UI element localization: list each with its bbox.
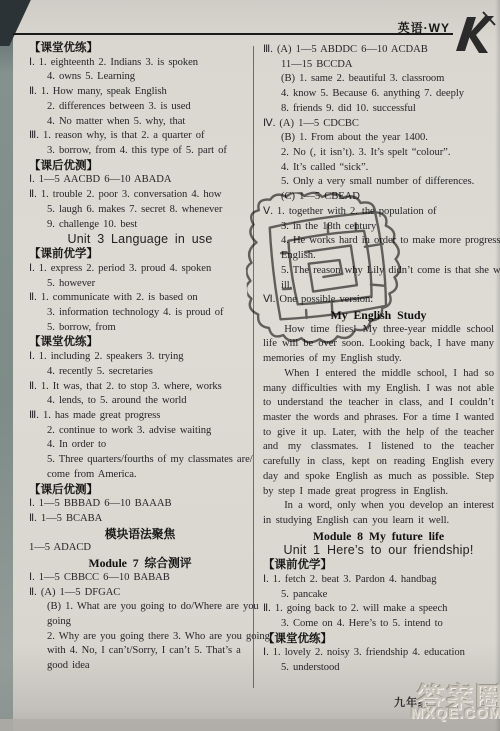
answer-line: Ⅰ. 1. including 2. speakers 3. trying [29,350,251,365]
answer-line: Ⅳ. (A) 1—5 CDCBC [263,117,494,132]
header-rule [13,33,453,35]
column-divider [253,46,254,688]
answer-line: Ⅰ. 1—5 CBBCC 6—10 BABAB [29,571,251,586]
answer-line: (B) 1. From about the year 1400. [263,131,494,146]
answer-line: 4. It’s called “sick”. [263,161,494,176]
answer-line: 5. pancake [263,588,494,603]
answer-line: 4. No matter when 5. why, that [29,115,251,130]
answer-line: 2. No (, it isn’t). 3. It’s spelt “colou… [263,146,494,161]
answer-line: 5. borrow, from [29,321,251,336]
answer-line: (B) 1. same 2. beautiful 3. classroom [263,72,494,87]
unit-title: Unit 1 Here’s to our friendship! [263,543,494,558]
block-title: Module 7 综合测评 [29,556,251,571]
section-header: 【课后优测】 [29,483,251,498]
right-answer-column: Ⅲ. (A) 1—5 ABDDC 6—10 ACDAB11—15 BCCDA(B… [263,43,494,676]
answer-line: 2. Why are you going there 3. Who are yo… [29,630,251,645]
answer-line: 4. owns 5. Learning [29,70,251,85]
answer-line: 5. understood [263,661,494,676]
block-title: Module 8 My future life [263,529,494,544]
answer-line: 3. information technology 4. is proud of [29,306,251,321]
answer-line: Ⅲ. (A) 1—5 ABDDC 6—10 ACDAB [263,43,494,58]
stamp-watermark-maze-icon [242,185,442,353]
essay-paragraph: When I entered the middle school, I had … [263,367,494,499]
answer-line: 8. friends 9. did 10. successful [263,102,494,117]
answer-line: 11—15 BCCDA [263,58,494,73]
answer-line: Ⅱ. 1—5 BCABA [29,512,251,527]
answer-line: Ⅱ. 1. It was, that 2. to stop 3. where, … [29,380,251,395]
section-header: 【课前优学】 [263,558,494,573]
answer-line: come from America. [29,468,251,483]
answer-line: 5. however [29,277,251,292]
unit-title: Unit 3 Language in use [29,232,251,247]
photo-corner-shadow [0,0,34,46]
answer-line: 2. differences between 3. is used [29,100,251,115]
answer-line: Ⅰ. 1. eighteenth 2. Indians 3. is spoken [29,56,251,71]
answer-line: 4. recently 5. secretaries [29,365,251,380]
answer-line: good idea [29,659,251,674]
essay-paragraph: In a word, only when you develop an inte… [263,499,494,528]
answer-line: 5. laugh 6. makes 7. secret 8. whenever [29,203,251,218]
subject-label: 英语·WY [398,19,450,36]
answer-line: Ⅰ. 1. lovely 2. noisy 3. friendship 4. e… [263,646,494,661]
answer-line: 4. know 5. Because 6. anything 7. deeply [263,87,494,102]
answer-line: Ⅰ. 1—5 BBBAD 6—10 BAAAB [29,497,251,512]
answer-line: 2. continue to work 3. advise waiting [29,424,251,439]
section-header: 【课堂优练】 [263,632,494,647]
left-answer-column: 【课堂优练】Ⅰ. 1. eighteenth 2. Indians 3. is … [29,41,251,674]
block-title: 模块语法聚焦 [29,527,251,542]
photo-left-edge [0,0,13,731]
answer-line: 4. In order to [29,438,251,453]
answer-line: Ⅱ. 1. trouble 2. poor 3. conversation 4.… [29,188,251,203]
section-header: 【课堂优练】 [29,41,251,56]
answer-line: Ⅱ. 1. How many, speak English [29,85,251,100]
answer-line: Ⅱ. 1. going back to 2. will make a speec… [263,602,494,617]
answer-line: 3. Come on 4. Here’s to 5. intend to [263,617,494,632]
answer-line: Ⅲ. 1. reason why, is that 2. a quarter o… [29,129,251,144]
answer-line: going [29,615,251,630]
answer-line: 3. borrow, from 4. this type of 5. part … [29,144,251,159]
answer-line: 1—5 ADACD [29,541,251,556]
section-header: 【课后优测】 [29,159,251,174]
page-right-shadow [495,0,500,731]
answer-line: (B) 1. What are you going to do/Where ar… [29,600,251,615]
answer-line: Ⅱ. (A) 1—5 DFGAC [29,586,251,601]
answer-line: Ⅰ. 1. express 2. period 3. proud 4. spok… [29,262,251,277]
section-header: 【课堂优练】 [29,335,251,350]
answer-line: 4. lends, to 5. around the world [29,394,251,409]
answer-line: Ⅱ. 1. communicate with 2. is based on [29,291,251,306]
answer-line: with 4. No, I can’t/Sorry, I can’t 5. Th… [29,644,251,659]
answer-line: Ⅰ. 1—5 AACBD 6—10 ABADA [29,173,251,188]
answer-line: Ⅲ. 1. has made great progress [29,409,251,424]
section-header: 【课前优学】 [29,247,251,262]
answer-line: Ⅰ. 1. fetch 2. beat 3. Pardon 4. handbag [263,573,494,588]
answer-line: 5. Three quarters/fourths of my classmat… [29,453,251,468]
answer-line: 9. challenge 10. best [29,218,251,233]
watermark-site-url: MXQE.COM [411,705,500,722]
